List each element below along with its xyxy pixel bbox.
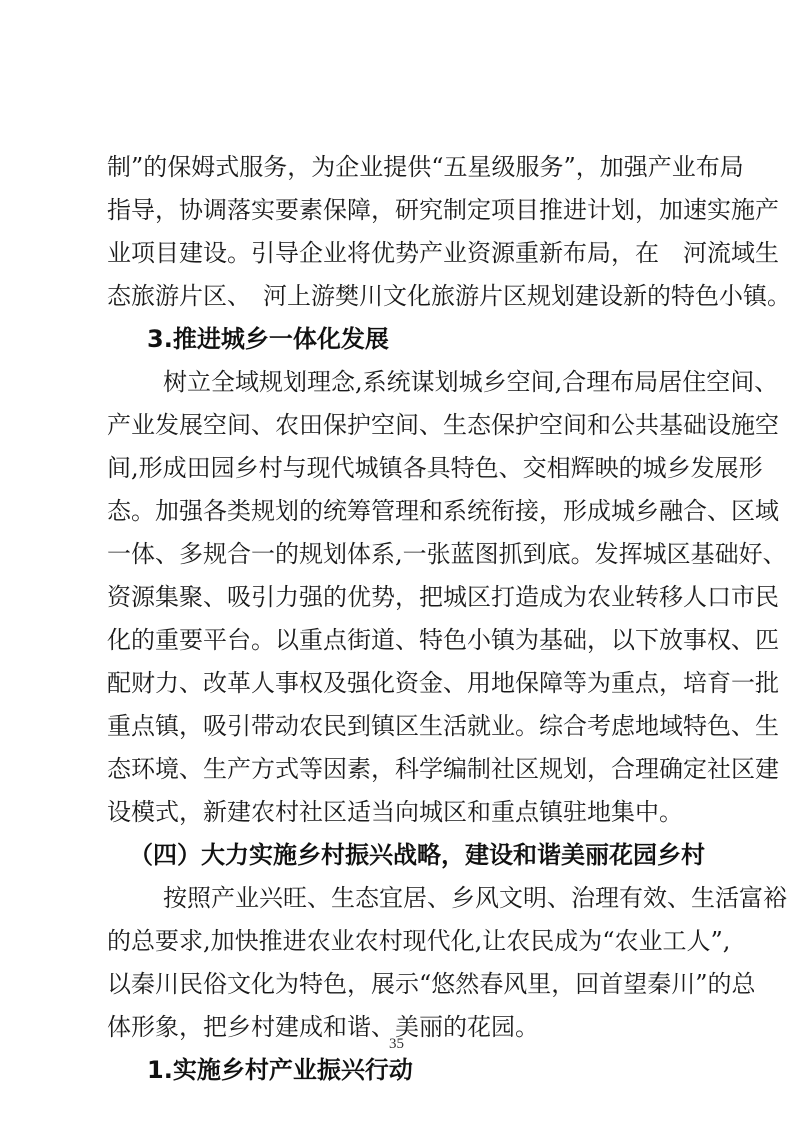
- text-line: 按照产业兴旺、生态宜居、乡风文明、治理有效、生活富裕: [107, 877, 695, 920]
- text-line: 树立全域规划理念,系统谋划城乡空间,合理布局居住空间、: [107, 361, 695, 404]
- document-page: 制”的保姆式服务，为企业提供“五星级服务”，加强产业布局 指导，协调落实要素保障…: [107, 146, 695, 1092]
- text-line: 态旅游片区、 河上游樊川文化旅游片区规划建设新的特色小镇。: [107, 275, 695, 318]
- text-line: 配财力、改革人事权及强化资金、用地保障等为重点，培育一批: [107, 662, 695, 705]
- text-line: 的总要求,加快推进农业农村现代化,让农民成为“农业工人”,: [107, 920, 695, 963]
- text-line: 重点镇，吸引带动农民到镇区生活就业。综合考虑地域特色、生: [107, 705, 695, 748]
- text-line: 以秦川民俗文化为特色，展示“悠然春风里，回首望秦川”的总: [107, 963, 695, 1006]
- text-line: 产业发展空间、农田保护空间、生态保护空间和公共基础设施空: [107, 404, 695, 447]
- paragraph-rural-requirements: 按照产业兴旺、生态宜居、乡风文明、治理有效、生活富裕 的总要求,加快推进农业农村…: [107, 877, 695, 1049]
- page-number: 35: [0, 1036, 793, 1053]
- paragraph-continuation: 制”的保姆式服务，为企业提供“五星级服务”，加强产业布局 指导，协调落实要素保障…: [107, 146, 695, 318]
- text-line: 制”的保姆式服务，为企业提供“五星级服务”，加强产业布局: [107, 146, 695, 189]
- paragraph-urban-rural-planning: 树立全域规划理念,系统谋划城乡空间,合理布局居住空间、 产业发展空间、农田保护空…: [107, 361, 695, 834]
- text-line: 态。加强各类规划的统筹管理和系统衔接，形成城乡融合、区域: [107, 490, 695, 533]
- section-heading-rural-revitalization: （四）大力实施乡村振兴战略，建设和谐美丽花园乡村: [107, 834, 695, 877]
- text-line: 资源集聚、吸引力强的优势，把城区打造成为农业转移人口市民: [107, 576, 695, 619]
- text-line: 态环境、生产方式等因素，科学编制社区规划，合理确定社区建: [107, 748, 695, 791]
- text-line: 设模式，新建农村社区适当向城区和重点镇驻地集中。: [107, 791, 695, 834]
- subheading-urban-rural-integration: 3.推进城乡一体化发展: [107, 318, 695, 361]
- text-line: 指导，协调落实要素保障，研究制定项目推进计划，加速实施产: [107, 189, 695, 232]
- text-line: 间,形成田园乡村与现代城镇各具特色、交相辉映的城乡发展形: [107, 447, 695, 490]
- text-line: 化的重要平台。以重点街道、特色小镇为基础，以下放事权、匹: [107, 619, 695, 662]
- text-line: 一体、多规合一的规划体系,一张蓝图抓到底。发挥城区基础好、: [107, 533, 695, 576]
- subheading-rural-industry-revitalization: 1.实施乡村产业振兴行动: [107, 1049, 695, 1092]
- text-line: 业项目建设。引导企业将优势产业资源重新布局，在 河流域生: [107, 232, 695, 275]
